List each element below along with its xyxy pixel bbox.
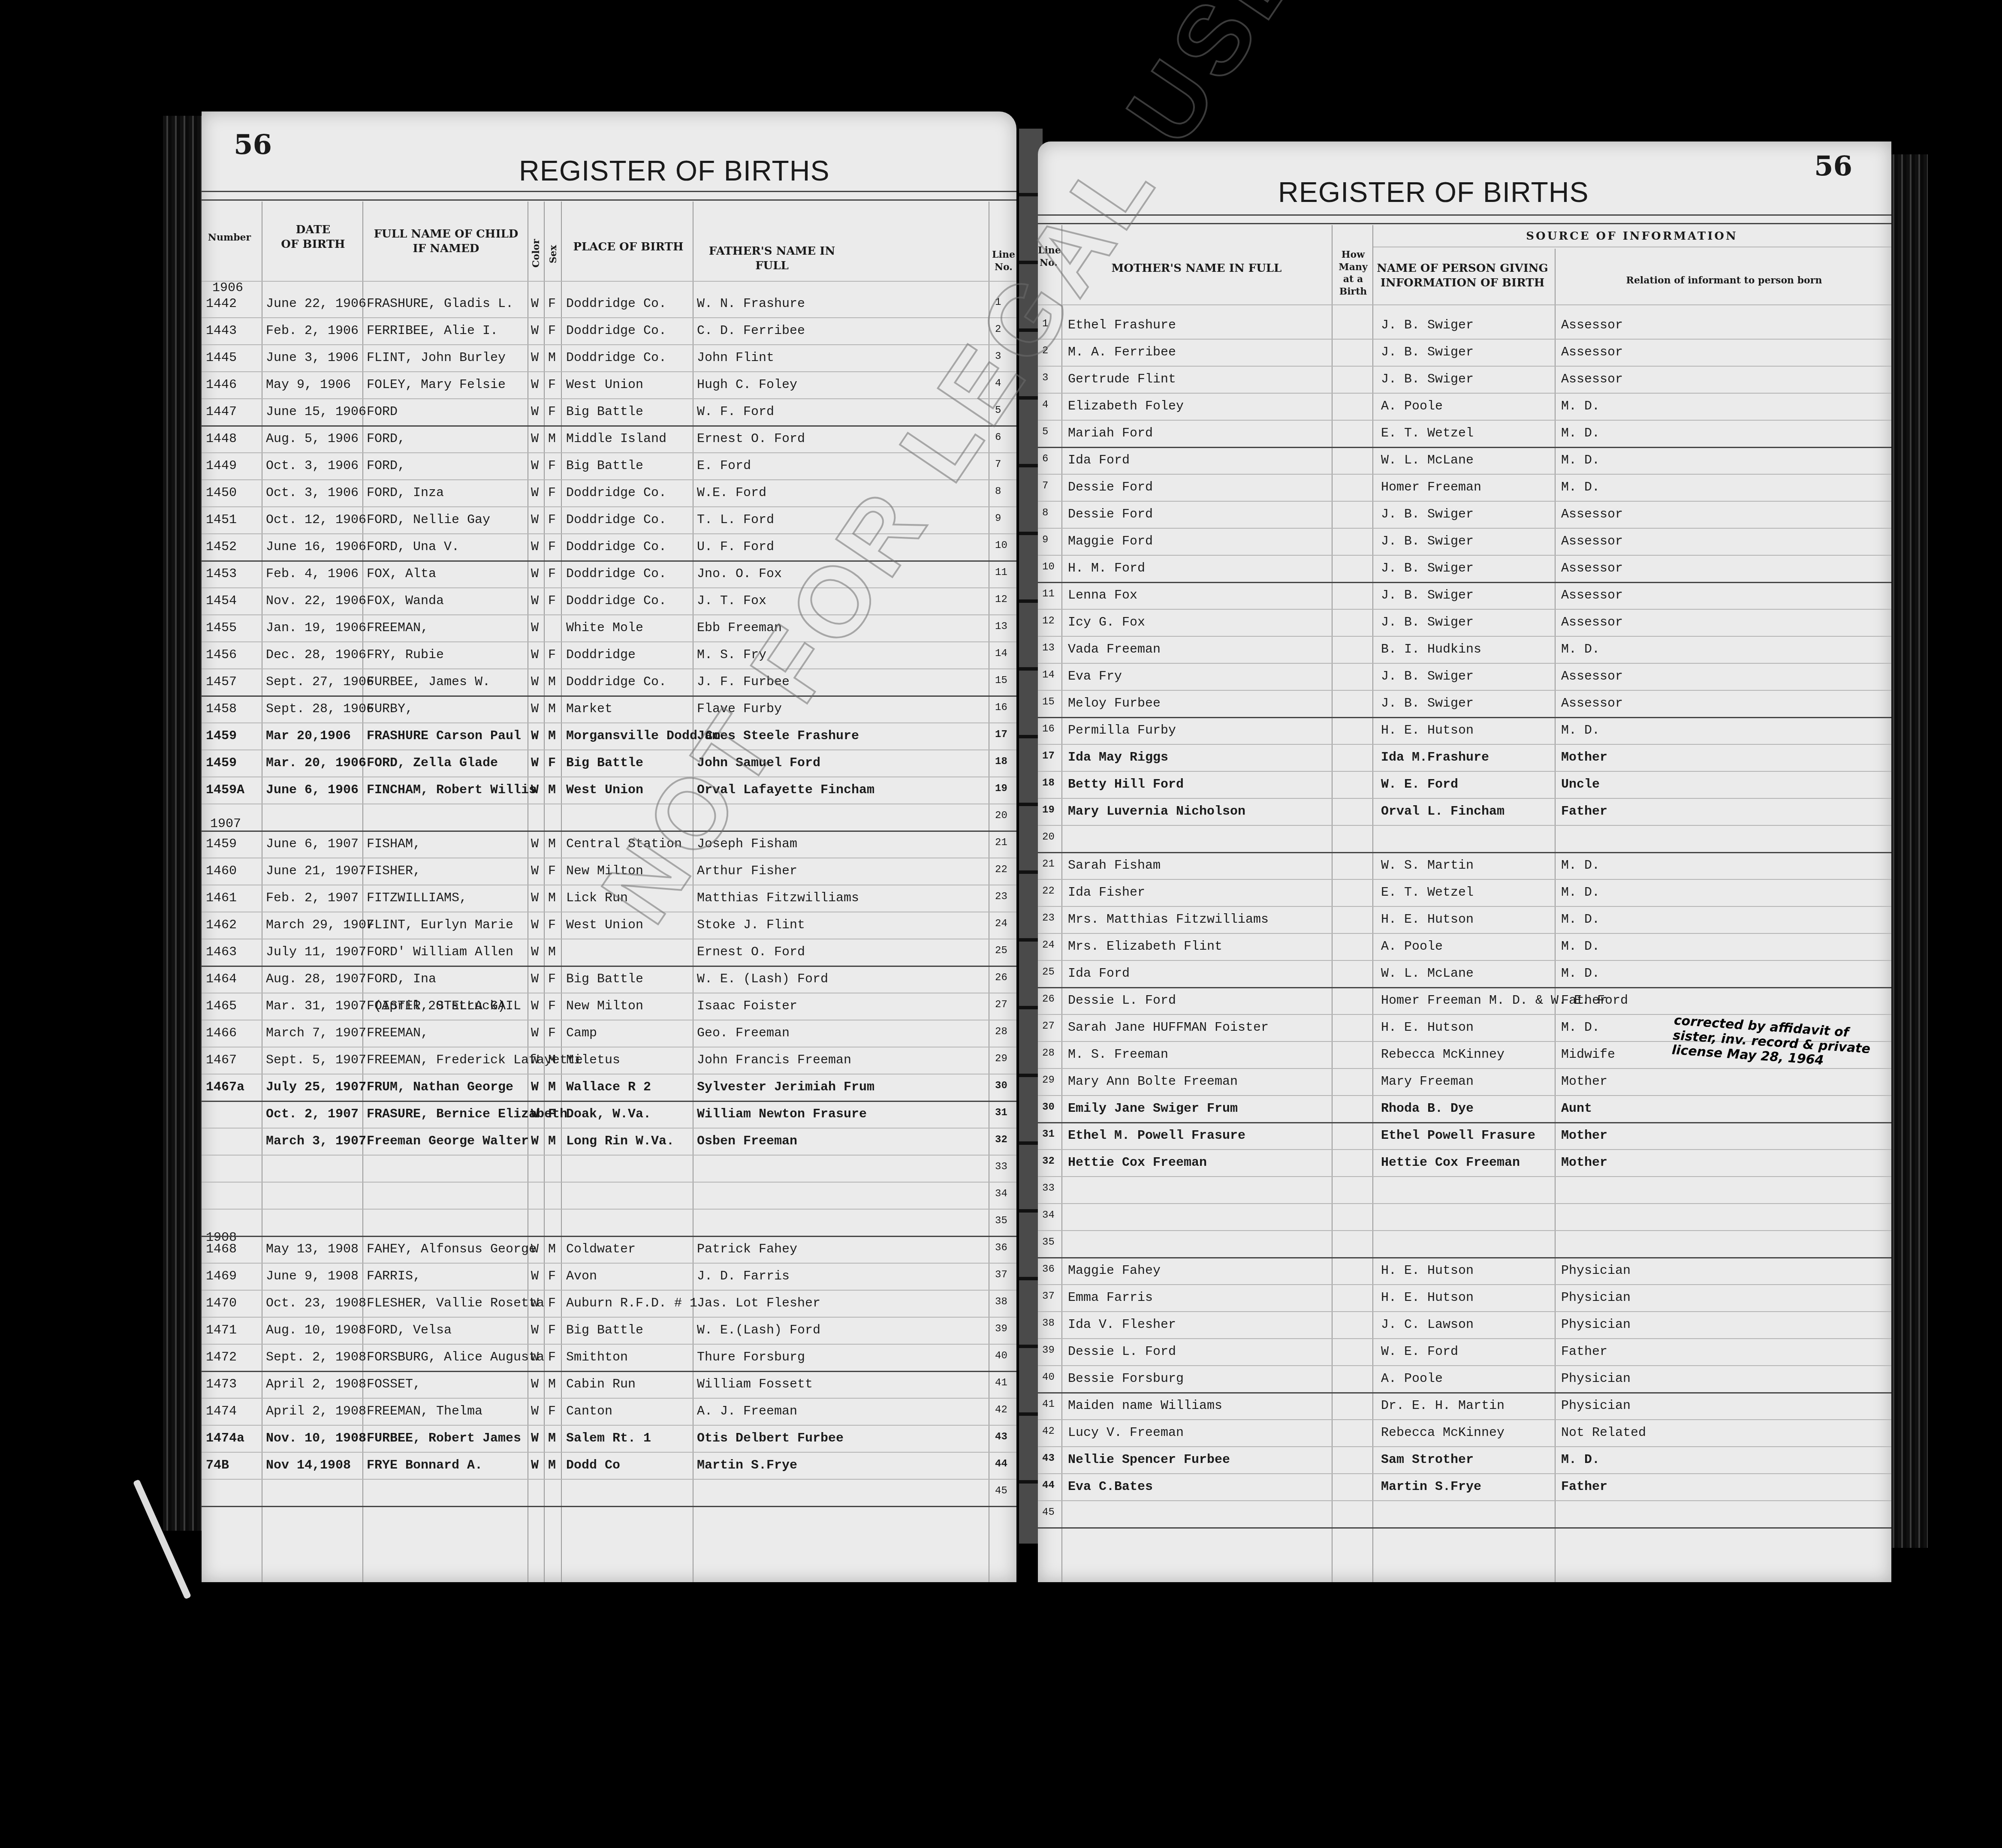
- row-rule: [1038, 690, 1891, 691]
- left-entry-cell-sex: F: [548, 648, 556, 662]
- left-entry-row: 1467aJuly 25, 1907FRUM, Nathan GeorgeWMW…: [202, 1075, 1016, 1102]
- left-entry-cell-color: W: [531, 1296, 539, 1311]
- left-entry-cell-sex: F: [548, 594, 556, 608]
- left-entry-cell-number: 1459: [206, 837, 237, 852]
- left-entry-cell-date: May 9, 1906: [266, 378, 351, 392]
- right-entry-cell-line: 17: [1042, 750, 1055, 762]
- left-entry-cell-date: June 16, 1906: [266, 540, 366, 554]
- right-entry-cell-relation: Midwife: [1561, 1047, 1615, 1062]
- left-entry-cell-place: Canton: [566, 1404, 612, 1419]
- left-entry-cell-father: William Newton Frasure: [697, 1107, 867, 1122]
- left-entry-row: 1469June 9, 1908FARRIS,WFAvonJ. D. Farri…: [202, 1264, 1016, 1291]
- right-entry-cell-line: 33: [1042, 1183, 1055, 1194]
- left-entry-cell-sex: F: [548, 378, 556, 392]
- right-page-edges: [1889, 154, 1928, 1548]
- right-entry-row: 11Lenna FoxJ. B. SwigerAssessor: [1038, 583, 1891, 610]
- left-entry-cell-color: W: [531, 729, 539, 743]
- right-entry-cell-relation: Father: [1561, 1345, 1607, 1359]
- right-entry-cell-line: 29: [1042, 1074, 1055, 1086]
- row-rule: [202, 1290, 1016, 1291]
- left-entry-cell-name: FARRIS,: [367, 1269, 421, 1284]
- right-entry-cell-relation: Assessor: [1561, 696, 1623, 711]
- right-entry-cell-relation: Mother: [1561, 750, 1607, 765]
- left-entry-cell-number: 1457: [206, 675, 237, 689]
- row-rule: [1038, 663, 1891, 664]
- row-rule: [1038, 1014, 1891, 1015]
- right-entry-cell-mother: Emma Farris: [1068, 1291, 1153, 1305]
- row-rule: [1038, 1473, 1891, 1474]
- left-entry-cell-sex: F: [548, 324, 556, 338]
- left-entry-cell-date: Jan. 19, 1906: [266, 621, 366, 635]
- left-entry-cell-father: Sylvester Jerimiah Frum: [697, 1080, 874, 1095]
- right-entry-row: 24Mrs. Elizabeth FlintA. PooleM. D.: [1038, 934, 1891, 961]
- right-entry-row: 15Meloy FurbeeJ. B. SwigerAssessor: [1038, 691, 1891, 718]
- left-entry-cell-sex: F: [548, 486, 556, 500]
- right-entry-cell-informant: W. E. Ford: [1381, 1345, 1458, 1359]
- left-entry-cell-color: W: [531, 405, 539, 419]
- right-entry-row: 9Maggie FordJ. B. SwigerAssessor: [1038, 529, 1891, 556]
- right-entry-cell-informant: J. B. Swiger: [1381, 588, 1474, 603]
- right-entry-cell-line: 7: [1042, 480, 1048, 492]
- left-entry-cell-date: Mar 20,1906: [266, 729, 351, 743]
- right-entry-cell-informant: Rebecca McKinney: [1381, 1047, 1505, 1062]
- right-entry-cell-line: 35: [1042, 1237, 1055, 1248]
- row-rule: [202, 1317, 1016, 1318]
- left-entry-cell-date: Oct. 23, 1908: [266, 1296, 366, 1311]
- left-entry-cell-father: J. D. Farris: [697, 1269, 790, 1284]
- right-entry-cell-relation: Physician: [1561, 1264, 1631, 1278]
- left-entry-row: 20: [202, 805, 1016, 831]
- left-entry-cell-place: Cabin Run: [566, 1377, 636, 1392]
- left-entry-cell-number: 1473: [206, 1377, 237, 1392]
- row-rule: [1038, 1230, 1891, 1231]
- header-rule: [202, 199, 1016, 201]
- left-entry-cell-place: Camp: [566, 1026, 597, 1041]
- right-entry-row: 7Dessie FordHomer FreemanM. D.: [1038, 475, 1891, 502]
- left-entry-cell-place: Miletus: [566, 1053, 620, 1068]
- page-number-left: 56: [234, 129, 272, 161]
- left-entry-cell-number: 1469: [206, 1269, 237, 1284]
- left-entry-cell-number: 1470: [206, 1296, 237, 1311]
- left-entry-cell-sex: M: [548, 702, 556, 716]
- row-rule: [1038, 960, 1891, 961]
- row-rule: [1038, 1311, 1891, 1312]
- right-entry-cell-informant: W. L. McLane: [1381, 453, 1474, 468]
- right-entry-row: 22Ida FisherE. T. WetzelM. D.: [1038, 880, 1891, 907]
- left-entry-cell-line: 35: [995, 1215, 1007, 1227]
- right-entry-row: 10H. M. FordJ. B. SwigerAssessor: [1038, 556, 1891, 583]
- left-entry-row: 1474April 2, 1908FREEMAN, ThelmaWFCanton…: [202, 1399, 1016, 1426]
- left-entry-cell-line: 8: [995, 486, 1001, 497]
- left-entry-cell-date: Oct. 3, 1906: [266, 459, 359, 473]
- header-informant: NAME OF PERSON GIVING INFORMATION OF BIR…: [1372, 262, 1553, 291]
- row-rule: [202, 1047, 1016, 1047]
- right-entry-cell-relation: Assessor: [1561, 669, 1623, 684]
- right-entry-row: 6Ida FordW. L. McLaneM. D.: [1038, 448, 1891, 475]
- left-entry-cell-color: W: [531, 1269, 539, 1284]
- left-entry-cell-line: 27: [995, 999, 1007, 1011]
- left-entry-cell-sex: F: [548, 513, 556, 527]
- right-entry-cell-mother: Betty Hill Ford: [1068, 777, 1184, 792]
- left-entry-row: 1459Mar. 20, 1906FORD, Zella GladeWFBig …: [202, 751, 1016, 777]
- right-entry-cell-mother: Mariah Ford: [1068, 426, 1153, 441]
- row-rule: [1038, 1338, 1891, 1339]
- right-entry-cell-relation: M. D.: [1561, 885, 1600, 900]
- left-entry-cell-place: Big Battle: [566, 459, 643, 473]
- row-rule: [1038, 1203, 1891, 1204]
- right-entry-cell-informant: Homer Freeman: [1381, 480, 1481, 495]
- left-entry-cell-sex: M: [548, 1458, 556, 1473]
- left-entry-cell-line: 20: [995, 810, 1007, 822]
- left-entry-cell-place: Coldwater: [566, 1242, 636, 1257]
- source-rule: [1372, 247, 1891, 247]
- left-entry-cell-place: West Union: [566, 918, 643, 933]
- left-entry-cell-sex: F: [548, 999, 556, 1014]
- left-entry-cell-date: Oct. 3, 1906: [266, 486, 359, 500]
- left-entry-cell-line: 22: [995, 864, 1007, 876]
- left-entry-cell-date: Oct. 12, 1906: [266, 513, 366, 527]
- right-entry-cell-mother: Sarah Fisham: [1068, 858, 1161, 873]
- left-entry-cell-place: Doddridge Co.: [566, 675, 666, 689]
- right-entry-cell-relation: M. D.: [1561, 453, 1600, 468]
- left-entry-cell-father: A. J. Freeman: [697, 1404, 797, 1419]
- left-entry-cell-sex: F: [548, 567, 556, 581]
- left-entry-cell-name: FITZWILLIAMS,: [367, 891, 467, 906]
- left-entry-cell-father: Ernest O. Ford: [697, 432, 805, 446]
- right-entry-row: 43Nellie Spencer FurbeeSam StrotherM. D.: [1038, 1448, 1891, 1474]
- left-entry-cell-sex: M: [548, 945, 556, 960]
- right-entry-cell-mother: Permilla Furby: [1068, 723, 1176, 738]
- right-entry-cell-informant: J. B. Swiger: [1381, 696, 1474, 711]
- left-entry-cell-name: FRASHURE, Gladis L.: [367, 297, 513, 311]
- row-rule: [202, 749, 1016, 750]
- right-entry-cell-informant: Mary Freeman: [1381, 1074, 1474, 1089]
- left-entry-cell-number: 1445: [206, 351, 237, 365]
- left-entry-cell-date: Aug. 5, 1906: [266, 432, 359, 446]
- header-rule: [1038, 223, 1891, 224]
- left-entry-row: 1474aNov. 10, 1908FURBEE, Robert JamesWM…: [202, 1426, 1016, 1453]
- left-entry-cell-name: FORD,: [367, 459, 405, 473]
- left-entry-cell-line: 13: [995, 621, 1007, 632]
- right-entry-cell-informant: E. T. Wetzel: [1381, 885, 1474, 900]
- right-entry-row: 12Icy G. FoxJ. B. SwigerAssessor: [1038, 610, 1891, 637]
- left-entry-cell-number: 1460: [206, 864, 237, 879]
- left-entry-cell-father: Isaac Foister: [697, 999, 797, 1014]
- left-entry-cell-color: W: [531, 756, 539, 771]
- right-entry-cell-line: 36: [1042, 1264, 1055, 1275]
- left-entry-cell-sex: M: [548, 1080, 556, 1095]
- right-entry-cell-line: 32: [1042, 1156, 1055, 1167]
- left-entry-cell-father: William Fossett: [697, 1377, 813, 1392]
- right-entry-row: 4Elizabeth FoleyA. PooleM. D.: [1038, 394, 1891, 421]
- right-entry-cell-line: 26: [1042, 993, 1055, 1005]
- left-entry-cell-sex: F: [548, 1296, 556, 1311]
- right-entry-row: 45: [1038, 1502, 1891, 1528]
- header-color: Color: [530, 250, 543, 268]
- right-entry-cell-relation: M. D.: [1561, 480, 1600, 495]
- left-entry-cell-line: 40: [995, 1350, 1007, 1362]
- right-entry-row: 31Ethel M. Powell FrasureEthel Powell Fr…: [1038, 1123, 1891, 1150]
- right-entry-cell-line: 37: [1042, 1291, 1055, 1302]
- right-entry-cell-relation: Father: [1561, 804, 1607, 819]
- right-entry-cell-mother: Mrs. Matthias Fitzwilliams: [1068, 912, 1269, 927]
- row-rule: [1038, 1527, 1891, 1529]
- right-entry-cell-informant: A. Poole: [1381, 1372, 1443, 1386]
- header-relation: Relation of informant to person born: [1557, 274, 1891, 287]
- left-entry-cell-father: W. N. Frashure: [697, 297, 805, 311]
- left-entry-cell-sex: M: [548, 432, 556, 446]
- left-entry-cell-name: FORD' William Allen: [367, 945, 513, 960]
- left-entry-cell-line: 24: [995, 918, 1007, 930]
- left-entry-cell-color: W: [531, 459, 539, 473]
- right-entry-row: 16Permilla FurbyH. E. HutsonM. D.: [1038, 718, 1891, 745]
- right-entry-cell-mother: Emily Jane Swiger Frum: [1068, 1102, 1238, 1116]
- right-entry-cell-line: 40: [1042, 1372, 1055, 1383]
- left-entry-cell-line: 43: [995, 1431, 1007, 1443]
- right-entry-cell-mother: H. M. Ford: [1068, 561, 1145, 576]
- left-entry-cell-place: Smithton: [566, 1350, 628, 1365]
- left-entry-cell-name: FORD, Ina: [367, 972, 436, 987]
- left-entry-cell-date: June 3, 1906: [266, 351, 359, 365]
- right-entry-cell-line: 34: [1042, 1210, 1055, 1221]
- left-entry-cell-number: 1448: [206, 432, 237, 446]
- row-rule: [1038, 1284, 1891, 1285]
- left-entry-cell-place: Doddridge Co.: [566, 324, 666, 338]
- right-entry-cell-relation: M. D.: [1561, 858, 1600, 873]
- left-entry-cell-place: Doddridge Co.: [566, 540, 666, 554]
- right-entry-cell-mother: Ida Fisher: [1068, 885, 1145, 900]
- header-sex: Sex: [547, 246, 560, 263]
- left-entry-cell-color: W: [531, 1350, 539, 1365]
- right-entry-cell-relation: M. D.: [1561, 642, 1600, 657]
- left-entry-cell-date: Feb. 2, 1906: [266, 324, 359, 338]
- left-entry-cell-date: Nov 14,1908: [266, 1458, 351, 1473]
- left-entry-cell-date: June 22, 1906: [266, 297, 366, 311]
- left-entry-cell-place: Long Rin W.Va.: [566, 1134, 674, 1149]
- left-entry-cell-color: W: [531, 1026, 539, 1041]
- right-entry-cell-line: 43: [1042, 1453, 1055, 1464]
- right-entry-cell-informant: W. E. Ford: [1381, 777, 1458, 792]
- left-entry-cell-line: 26: [995, 972, 1007, 984]
- left-entry-cell-number: 1471: [206, 1323, 237, 1338]
- left-entry-cell-place: Big Battle: [566, 972, 643, 987]
- left-entry-cell-line: 23: [995, 891, 1007, 903]
- left-entry-cell-color: W: [531, 1242, 539, 1257]
- right-entry-cell-mother: Lucy V. Freeman: [1068, 1426, 1184, 1440]
- right-entry-cell-informant: J. B. Swiger: [1381, 669, 1474, 684]
- left-entry-cell-sex: F: [548, 1323, 556, 1338]
- left-entry-cell-father: W. E.(Lash) Ford: [697, 1323, 820, 1338]
- row-rule: [202, 641, 1016, 642]
- left-entry-row: 1462March 29, 1907FLINT, Eurlyn MarieWFW…: [202, 913, 1016, 939]
- row-rule: [202, 1074, 1016, 1074]
- left-entry-cell-name: FREEMAN,: [367, 621, 428, 635]
- right-entry-cell-informant: Martin S.Frye: [1381, 1480, 1481, 1494]
- left-entry-cell-name: FORD, Velsa: [367, 1323, 452, 1338]
- right-entry-cell-line: 27: [1042, 1020, 1055, 1032]
- left-entry-cell-number: 1467: [206, 1053, 237, 1068]
- left-entry-cell-place: Doddridge Co.: [566, 297, 666, 311]
- left-entry-cell-place: Avon: [566, 1269, 597, 1284]
- row-rule: [1038, 1365, 1891, 1366]
- right-entry-cell-relation: Assessor: [1561, 507, 1623, 522]
- left-page-edges: [163, 116, 204, 1531]
- left-entry-cell-date: July 25, 1907: [266, 1080, 366, 1095]
- left-entry-cell-line: 36: [995, 1242, 1007, 1254]
- right-entry-cell-line: 16: [1042, 723, 1055, 735]
- left-entry-cell-number: 1472: [206, 1350, 237, 1365]
- left-entry-cell-sex: F: [548, 297, 556, 311]
- row-rule: [202, 1425, 1016, 1426]
- right-entry-cell-mother: Ida Ford: [1068, 966, 1130, 981]
- left-entry-cell-line: 41: [995, 1377, 1007, 1389]
- left-entry-cell-father: W.E. Ford: [697, 486, 766, 500]
- right-entry-cell-line: 15: [1042, 696, 1055, 708]
- right-entry-cell-informant: J. B. Swiger: [1381, 372, 1474, 387]
- right-entry-cell-mother: Ida V. Flesher: [1068, 1318, 1176, 1332]
- row-rule: [1038, 1149, 1891, 1150]
- left-entry-cell-date: Aug. 28, 1907: [266, 972, 366, 987]
- left-entry-row: 1472Sept. 2, 1908FORSBURG, Alice Augusta…: [202, 1345, 1016, 1372]
- left-entry-cell-line: 12: [995, 594, 1007, 605]
- row-rule: [1038, 1095, 1891, 1096]
- left-entry-cell-father: Ernest O. Ford: [697, 945, 805, 960]
- left-entry-row: 1445June 3, 1906FLINT, John BurleyWMDodd…: [202, 346, 1016, 372]
- right-entry-row: 37Emma FarrisH. E. HutsonPhysician: [1038, 1285, 1891, 1312]
- right-entry-cell-mother: Ida May Riggs: [1068, 750, 1168, 765]
- right-entry-row: 23Mrs. Matthias FitzwilliamsH. E. Hutson…: [1038, 907, 1891, 934]
- header-place: PLACE OF BIRTH: [562, 240, 695, 255]
- left-entry-cell-number: 1466: [206, 1026, 237, 1041]
- left-entry-cell-name: FRASHURE Carson Paul: [367, 729, 521, 743]
- right-entry-cell-line: 24: [1042, 939, 1055, 951]
- left-entry-cell-father: Otis Delbert Furbee: [697, 1431, 844, 1446]
- row-rule: [202, 1479, 1016, 1480]
- left-entry-cell-number: 1467a: [206, 1080, 244, 1095]
- right-entry-cell-line: 9: [1042, 534, 1048, 546]
- left-entry-cell-name: FRY, Rubie: [367, 648, 444, 662]
- row-rule: [1038, 879, 1891, 880]
- left-entry-cell-color: W: [531, 378, 539, 392]
- right-entry-cell-informant: Rebecca McKinney: [1381, 1426, 1505, 1440]
- left-entry-cell-line: 45: [995, 1485, 1007, 1497]
- left-entry-cell-line: 15: [995, 675, 1007, 686]
- row-rule: [202, 912, 1016, 912]
- row-rule: [1038, 906, 1891, 907]
- right-entry-cell-line: 25: [1042, 966, 1055, 978]
- left-entry-cell-place: Auburn R.F.D. # 1: [566, 1296, 697, 1311]
- left-entry-cell-name: FRYE Bonnard A.: [367, 1458, 482, 1473]
- left-entry-cell-color: W: [531, 297, 539, 311]
- right-entry-cell-mother: Maiden name Williams: [1068, 1399, 1222, 1413]
- left-entry-cell-color: W: [531, 783, 539, 798]
- left-entry-cell-name: FLINT, John Burley: [367, 351, 506, 365]
- left-entry-cell-number: 1449: [206, 459, 237, 473]
- row-rule: [202, 668, 1016, 669]
- left-entry-cell-father: Osben Freeman: [697, 1134, 797, 1149]
- right-entry-cell-relation: Assessor: [1561, 345, 1623, 360]
- right-entry-cell-relation: Physician: [1561, 1291, 1631, 1305]
- left-entry-cell-name: FORD, Inza: [367, 486, 444, 500]
- left-entry-cell-sex: F: [548, 864, 556, 879]
- left-entry-cell-date: May 13, 1908: [266, 1242, 359, 1257]
- right-entry-cell-relation: M. D.: [1561, 1020, 1600, 1035]
- left-entry-cell-date: Sept. 2, 1908: [266, 1350, 366, 1365]
- left-entry-cell-number: 1455: [206, 621, 237, 635]
- right-entry-cell-mother: Ethel M. Powell Frasure: [1068, 1129, 1245, 1143]
- right-entry-row: 32Hettie Cox FreemanHettie Cox FreemanMo…: [1038, 1150, 1891, 1177]
- right-entry-cell-informant: Hettie Cox Freeman: [1381, 1156, 1520, 1170]
- right-entry-cell-mother: Icy G. Fox: [1068, 615, 1145, 630]
- left-entry-cell-line: 19: [995, 783, 1007, 795]
- left-entry-cell-name: Freeman George Walter: [367, 1134, 529, 1149]
- right-entry-cell-informant: H. E. Hutson: [1381, 912, 1474, 927]
- left-entry-cell-number: 1459A: [206, 783, 244, 798]
- left-entry-cell-name: FAHEY, Alfonsus George: [367, 1242, 537, 1257]
- row-rule: [1038, 933, 1891, 934]
- right-entry-row: 2M. A. FerribeeJ. B. SwigerAssessor: [1038, 340, 1891, 367]
- right-entry-row: 8Dessie FordJ. B. SwigerAssessor: [1038, 502, 1891, 529]
- left-entry-cell-name: FISHAM,: [367, 837, 421, 852]
- left-entry-cell-number: 1453: [206, 567, 237, 581]
- left-entry-cell-color: W: [531, 486, 539, 500]
- right-entry-row: 30Emily Jane Swiger FrumRhoda B. DyeAunt: [1038, 1096, 1891, 1123]
- left-entry-cell-number: 1456: [206, 648, 237, 662]
- row-rule: [202, 722, 1016, 723]
- right-entry-cell-relation: Assessor: [1561, 588, 1623, 603]
- left-entry-row: 1459Mar 20,1906FRASHURE Carson PaulWMMor…: [202, 724, 1016, 750]
- left-entry-cell-sex: F: [548, 1026, 556, 1041]
- right-entry-row: 21Sarah FishamW. S. MartinM. D.: [1038, 853, 1891, 880]
- left-entry-cell-color: W: [531, 594, 539, 608]
- left-entry-row: 1465Mar. 31, 1907 (April 20 struck)FOIST…: [202, 994, 1016, 1020]
- left-entry-cell-name: FOSSET,: [367, 1377, 421, 1392]
- header-bottom-rule: [202, 281, 1016, 282]
- right-entry-cell-line: 13: [1042, 642, 1055, 654]
- left-entry-cell-line: 44: [995, 1458, 1007, 1470]
- left-entry-cell-place: Doddridge Co.: [566, 486, 666, 500]
- right-entry-cell-relation: M. D.: [1561, 399, 1600, 414]
- left-entry-cell-sex: M: [548, 675, 556, 689]
- left-entry-row: 45: [202, 1480, 1016, 1507]
- left-entry-cell-sex: M: [548, 891, 556, 906]
- right-entry-cell-line: 12: [1042, 615, 1055, 627]
- left-entry-row: 34: [202, 1183, 1016, 1210]
- row-rule: [1038, 1500, 1891, 1501]
- left-entry-cell-name: FORD,: [367, 432, 405, 446]
- row-rule: [202, 1182, 1016, 1183]
- left-entry-cell-place: Middle Island: [566, 432, 666, 446]
- left-entry-cell-place: Doddridge Co.: [566, 567, 666, 581]
- left-entry-cell-father: C. D. Ferribee: [697, 324, 805, 338]
- right-entry-cell-relation: M. D.: [1561, 966, 1600, 981]
- left-entry-cell-number: 1443: [206, 324, 237, 338]
- left-entry-cell-line: 38: [995, 1296, 1007, 1308]
- row-rule: [202, 1020, 1016, 1020]
- left-entry-cell-father: John Flint: [697, 351, 774, 365]
- right-entry-cell-mother: Bessie Forsburg: [1068, 1372, 1184, 1386]
- right-entry-cell-informant: J. B. Swiger: [1381, 615, 1474, 630]
- left-entry-row: 1455Jan. 19, 1906FREEMAN,WWhite MoleEbb …: [202, 616, 1016, 642]
- right-entry-cell-relation: Not Related: [1561, 1426, 1646, 1440]
- left-entry-cell-color: W: [531, 1377, 539, 1392]
- row-rule: [1038, 609, 1891, 610]
- row-rule: [1038, 798, 1891, 799]
- left-entry-cell-sex: M: [548, 1242, 556, 1257]
- left-entry-row: 35: [202, 1210, 1016, 1237]
- left-entry-cell-line: 16: [995, 702, 1007, 713]
- left-entry-row: 1446May 9, 1906FOLEY, Mary FelsieWFWest …: [202, 373, 1016, 399]
